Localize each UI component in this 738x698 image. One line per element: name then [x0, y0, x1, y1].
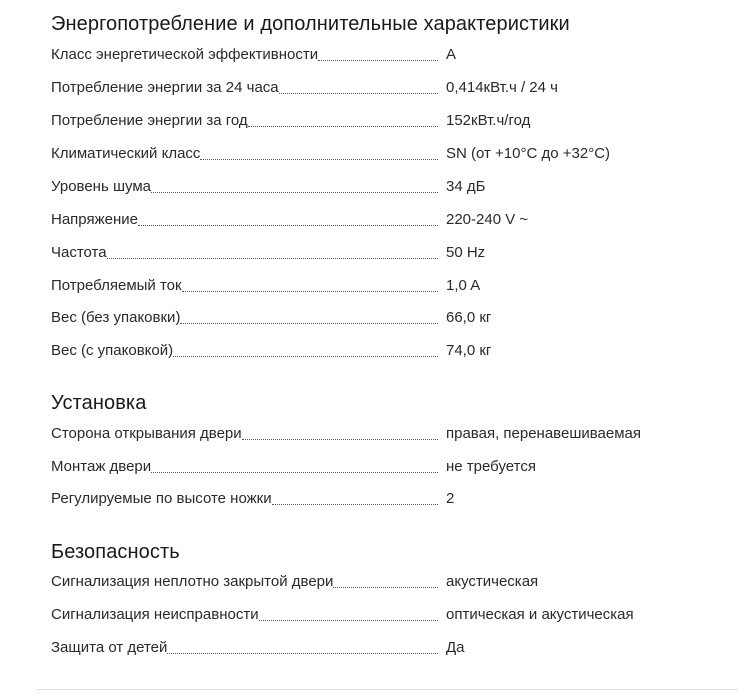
spec-row: Сигнализация неплотно закрытой двери аку…: [51, 570, 701, 592]
bottom-divider: [36, 689, 738, 690]
dotted-leader: [173, 355, 438, 357]
spec-row: Потребление энергии за год 152кВт.ч/год: [51, 109, 701, 131]
spec-row: Сигнализация неисправности оптическая и …: [51, 603, 701, 625]
spec-label: Вес (с упаковкой): [51, 341, 173, 361]
spec-label: Класс энергетической эффективности: [51, 45, 318, 65]
spec-label: Напряжение: [51, 210, 138, 230]
section-title-safety: Безопасность: [51, 540, 180, 564]
spec-label: Потребляемый ток: [51, 276, 182, 296]
dotted-leader: [138, 224, 438, 226]
dotted-leader: [242, 438, 438, 440]
spec-value: правая, перенавешиваемая: [446, 424, 641, 444]
spec-row: Регулируемые по высоте ножки 2: [51, 487, 701, 509]
dotted-leader: [180, 322, 438, 324]
spec-label: Вес (без упаковки): [51, 308, 180, 328]
spec-row: Защита от детей Да: [51, 636, 701, 658]
spec-label: Сторона открывания двери: [51, 424, 242, 444]
spec-value: не требуется: [446, 457, 536, 477]
spec-value: 220-240 V ~: [446, 210, 528, 230]
spec-row: Потребляемый ток 1,0 A: [51, 274, 701, 296]
spec-label: Потребление энергии за год: [51, 111, 248, 131]
spec-label: Сигнализация неплотно закрытой двери: [51, 572, 333, 592]
spec-value: 50 Hz: [446, 243, 485, 263]
spec-value: 66,0 кг: [446, 308, 491, 328]
spec-row: Класс энергетической эффективности A: [51, 43, 701, 65]
spec-value: SN (от +10°C до +32°C): [446, 144, 610, 164]
spec-value: 152кВт.ч/год: [446, 111, 530, 131]
spec-row: Климатический класс SN (от +10°C до +32°…: [51, 142, 701, 164]
spec-label: Уровень шума: [51, 177, 151, 197]
dotted-leader: [248, 125, 438, 127]
dotted-leader: [151, 191, 438, 193]
spec-row: Напряжение 220-240 V ~: [51, 208, 701, 230]
spec-value: 1,0 A: [446, 276, 480, 296]
dotted-leader: [167, 652, 438, 654]
spec-label: Климатический класс: [51, 144, 200, 164]
spec-label: Защита от детей: [51, 638, 167, 658]
spec-label: Монтаж двери: [51, 457, 151, 477]
section-title-installation: Установка: [51, 391, 146, 415]
spec-row: Частота 50 Hz: [51, 241, 701, 263]
spec-value: оптическая и акустическая: [446, 605, 634, 625]
dotted-leader: [151, 471, 438, 473]
spec-value: 34 дБ: [446, 177, 485, 197]
spec-value: 74,0 кг: [446, 341, 491, 361]
spec-value: акустическая: [446, 572, 538, 592]
spec-value: A: [446, 45, 456, 65]
spec-row: Вес (без упаковки) 66,0 кг: [51, 306, 701, 328]
dotted-leader: [272, 503, 438, 505]
section-title-energy: Энергопотребление и дополнительные харак…: [51, 12, 570, 36]
dotted-leader: [200, 158, 438, 160]
spec-value: 0,414кВт.ч / 24 ч: [446, 78, 558, 98]
spec-value: Да: [446, 638, 465, 658]
spec-row: Вес (с упаковкой) 74,0 кг: [51, 339, 701, 361]
dotted-leader: [318, 59, 438, 61]
spec-row: Потребление энергии за 24 часа 0,414кВт.…: [51, 76, 701, 98]
dotted-leader: [333, 586, 438, 588]
spec-row: Уровень шума 34 дБ: [51, 175, 701, 197]
dotted-leader: [107, 257, 438, 259]
spec-label: Сигнализация неисправности: [51, 605, 259, 625]
spec-row: Монтаж двери не требуется: [51, 455, 701, 477]
dotted-leader: [279, 92, 438, 94]
spec-label: Потребление энергии за 24 часа: [51, 78, 279, 98]
dotted-leader: [182, 290, 438, 292]
spec-value: 2: [446, 489, 454, 509]
spec-label: Регулируемые по высоте ножки: [51, 489, 272, 509]
spec-label: Частота: [51, 243, 107, 263]
dotted-leader: [259, 619, 438, 621]
spec-row: Сторона открывания двери правая, перенав…: [51, 422, 701, 444]
